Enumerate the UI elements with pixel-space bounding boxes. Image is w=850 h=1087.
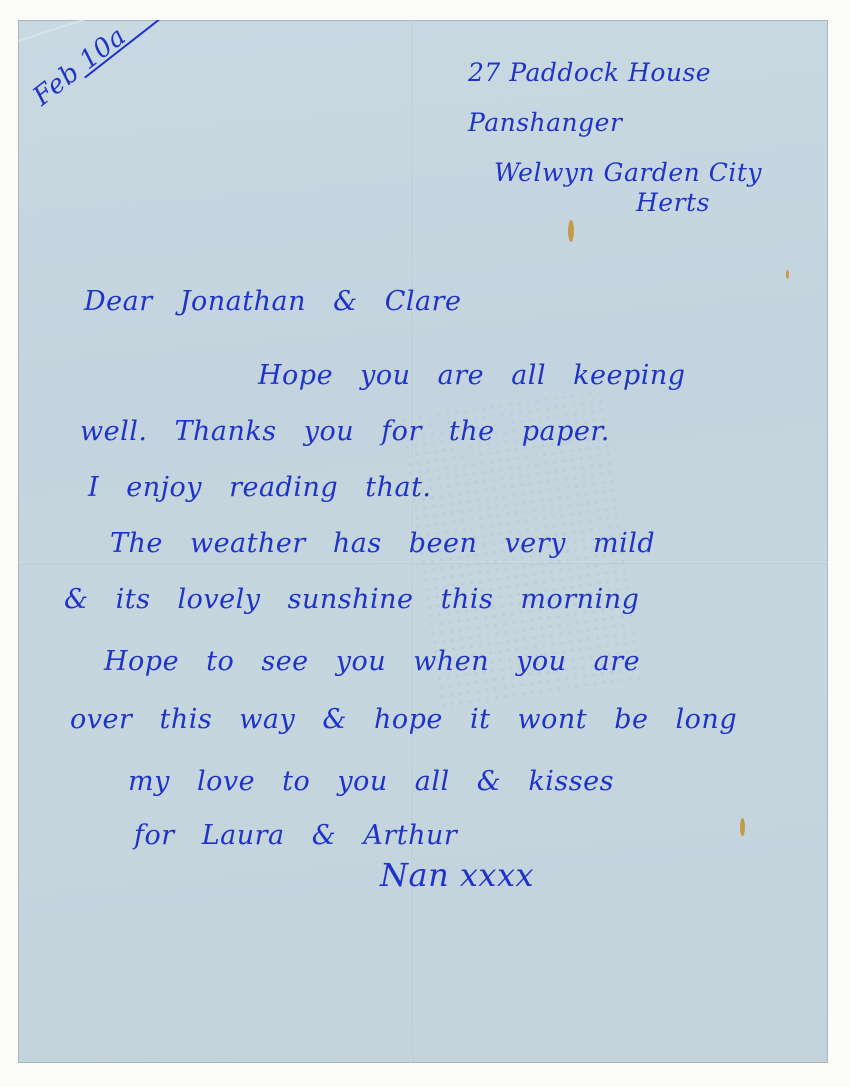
body-line-1: Hope you are all keeping — [258, 360, 686, 391]
letter-paper: Feb 10a 27 Paddock House Panshanger Welw… — [18, 20, 828, 1063]
letter-date: Feb 10a — [28, 21, 132, 112]
body-line-2: well. Thanks you for the paper. — [80, 416, 610, 447]
body-line-8: my love to you all & kisses — [128, 766, 614, 797]
address-line-4: Herts — [636, 188, 710, 217]
body-line-7: over this way & hope it wont be long — [70, 704, 737, 735]
salutation: Dear Jonathan & Clare — [84, 286, 461, 317]
body-line-3: I enjoy reading that. — [88, 472, 432, 503]
ink-stain — [786, 270, 789, 279]
scanned-letter: Feb 10a 27 Paddock House Panshanger Welw… — [0, 0, 850, 1087]
body-line-5: & its lovely sunshine this morning — [64, 584, 639, 615]
signature: Nan xxxx — [380, 856, 534, 894]
address-line-3: Welwyn Garden City — [494, 158, 762, 187]
ink-stain — [740, 818, 745, 836]
body-line-6: Hope to see you when you are — [104, 646, 640, 677]
ink-stain — [568, 220, 574, 242]
body-line-4: The weather has been very mild — [110, 528, 655, 559]
body-line-9: for Laura & Arthur — [134, 820, 457, 851]
address-line-2: Panshanger — [468, 108, 622, 137]
address-line-1: 27 Paddock House — [468, 58, 711, 87]
